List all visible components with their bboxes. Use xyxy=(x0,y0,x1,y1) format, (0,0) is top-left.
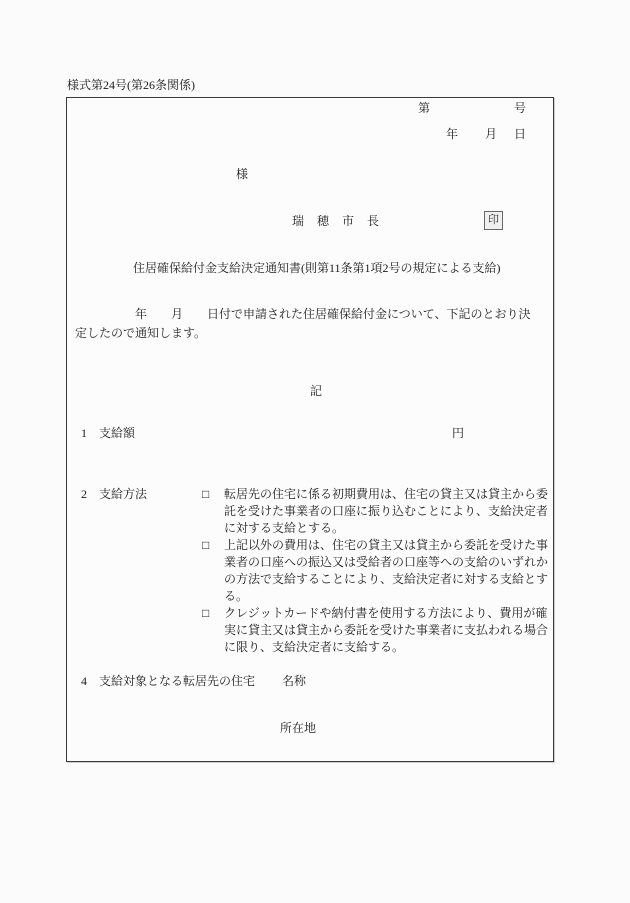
date-month-label: 月 xyxy=(485,127,497,142)
section2-label: 支給方法 xyxy=(99,487,147,502)
payment-method-option-3: クレジットカードや納付書を使用する方法により、費用が確 実に貸主又は貸主から委託… xyxy=(224,605,548,656)
form-border-box xyxy=(66,97,554,762)
section1-unit-yen: 円 xyxy=(452,426,464,441)
issuer-name: 瑞 穂 市 長 xyxy=(292,214,384,229)
document-page: 様式第24号(第26条関係) 第 号 年 月 日 様 瑞 穂 市 長 印 住居確… xyxy=(0,0,630,903)
checkbox-icon: □ xyxy=(202,486,209,503)
section1-number: 1 xyxy=(81,426,87,441)
section1-label: 支給額 xyxy=(99,426,135,441)
date-year-label: 年 xyxy=(446,127,458,142)
housing-name-label: 名称 xyxy=(282,674,306,689)
section4-number: 4 xyxy=(81,674,87,689)
body-paragraph: 年 月 日付で申請された住居確保給付金について、下記のとおり決 定したので通知し… xyxy=(75,305,531,343)
record-marker: 記 xyxy=(310,384,322,399)
addressee-honorific: 様 xyxy=(236,167,248,182)
payment-method-option-1: 転居先の住宅に係る初期費用は、住宅の貸主又は貸主から委 託を受けた事業者の口座に… xyxy=(224,486,548,537)
date-day-label: 日 xyxy=(514,127,526,142)
doc-number-prefix: 第 xyxy=(418,101,430,116)
section4-label: 支給対象となる転居先の住宅 xyxy=(99,674,255,689)
section2-number: 2 xyxy=(81,487,87,502)
seal-stamp-icon: 印 xyxy=(484,211,503,230)
document-title: 住居確保給付金支給決定通知書(則第11条第1項2号の規定による支給) xyxy=(133,261,501,276)
checkbox-icon: □ xyxy=(202,605,209,622)
form-style-label: 様式第24号(第26条関係) xyxy=(67,78,195,93)
checkbox-icon: □ xyxy=(202,537,209,554)
doc-number-suffix: 号 xyxy=(514,101,526,116)
housing-address-label: 所在地 xyxy=(280,721,316,736)
payment-method-option-2: 上記以外の費用は、住宅の貸主又は貸主から委託を受けた事 業者の口座への振込又は受… xyxy=(224,537,548,605)
